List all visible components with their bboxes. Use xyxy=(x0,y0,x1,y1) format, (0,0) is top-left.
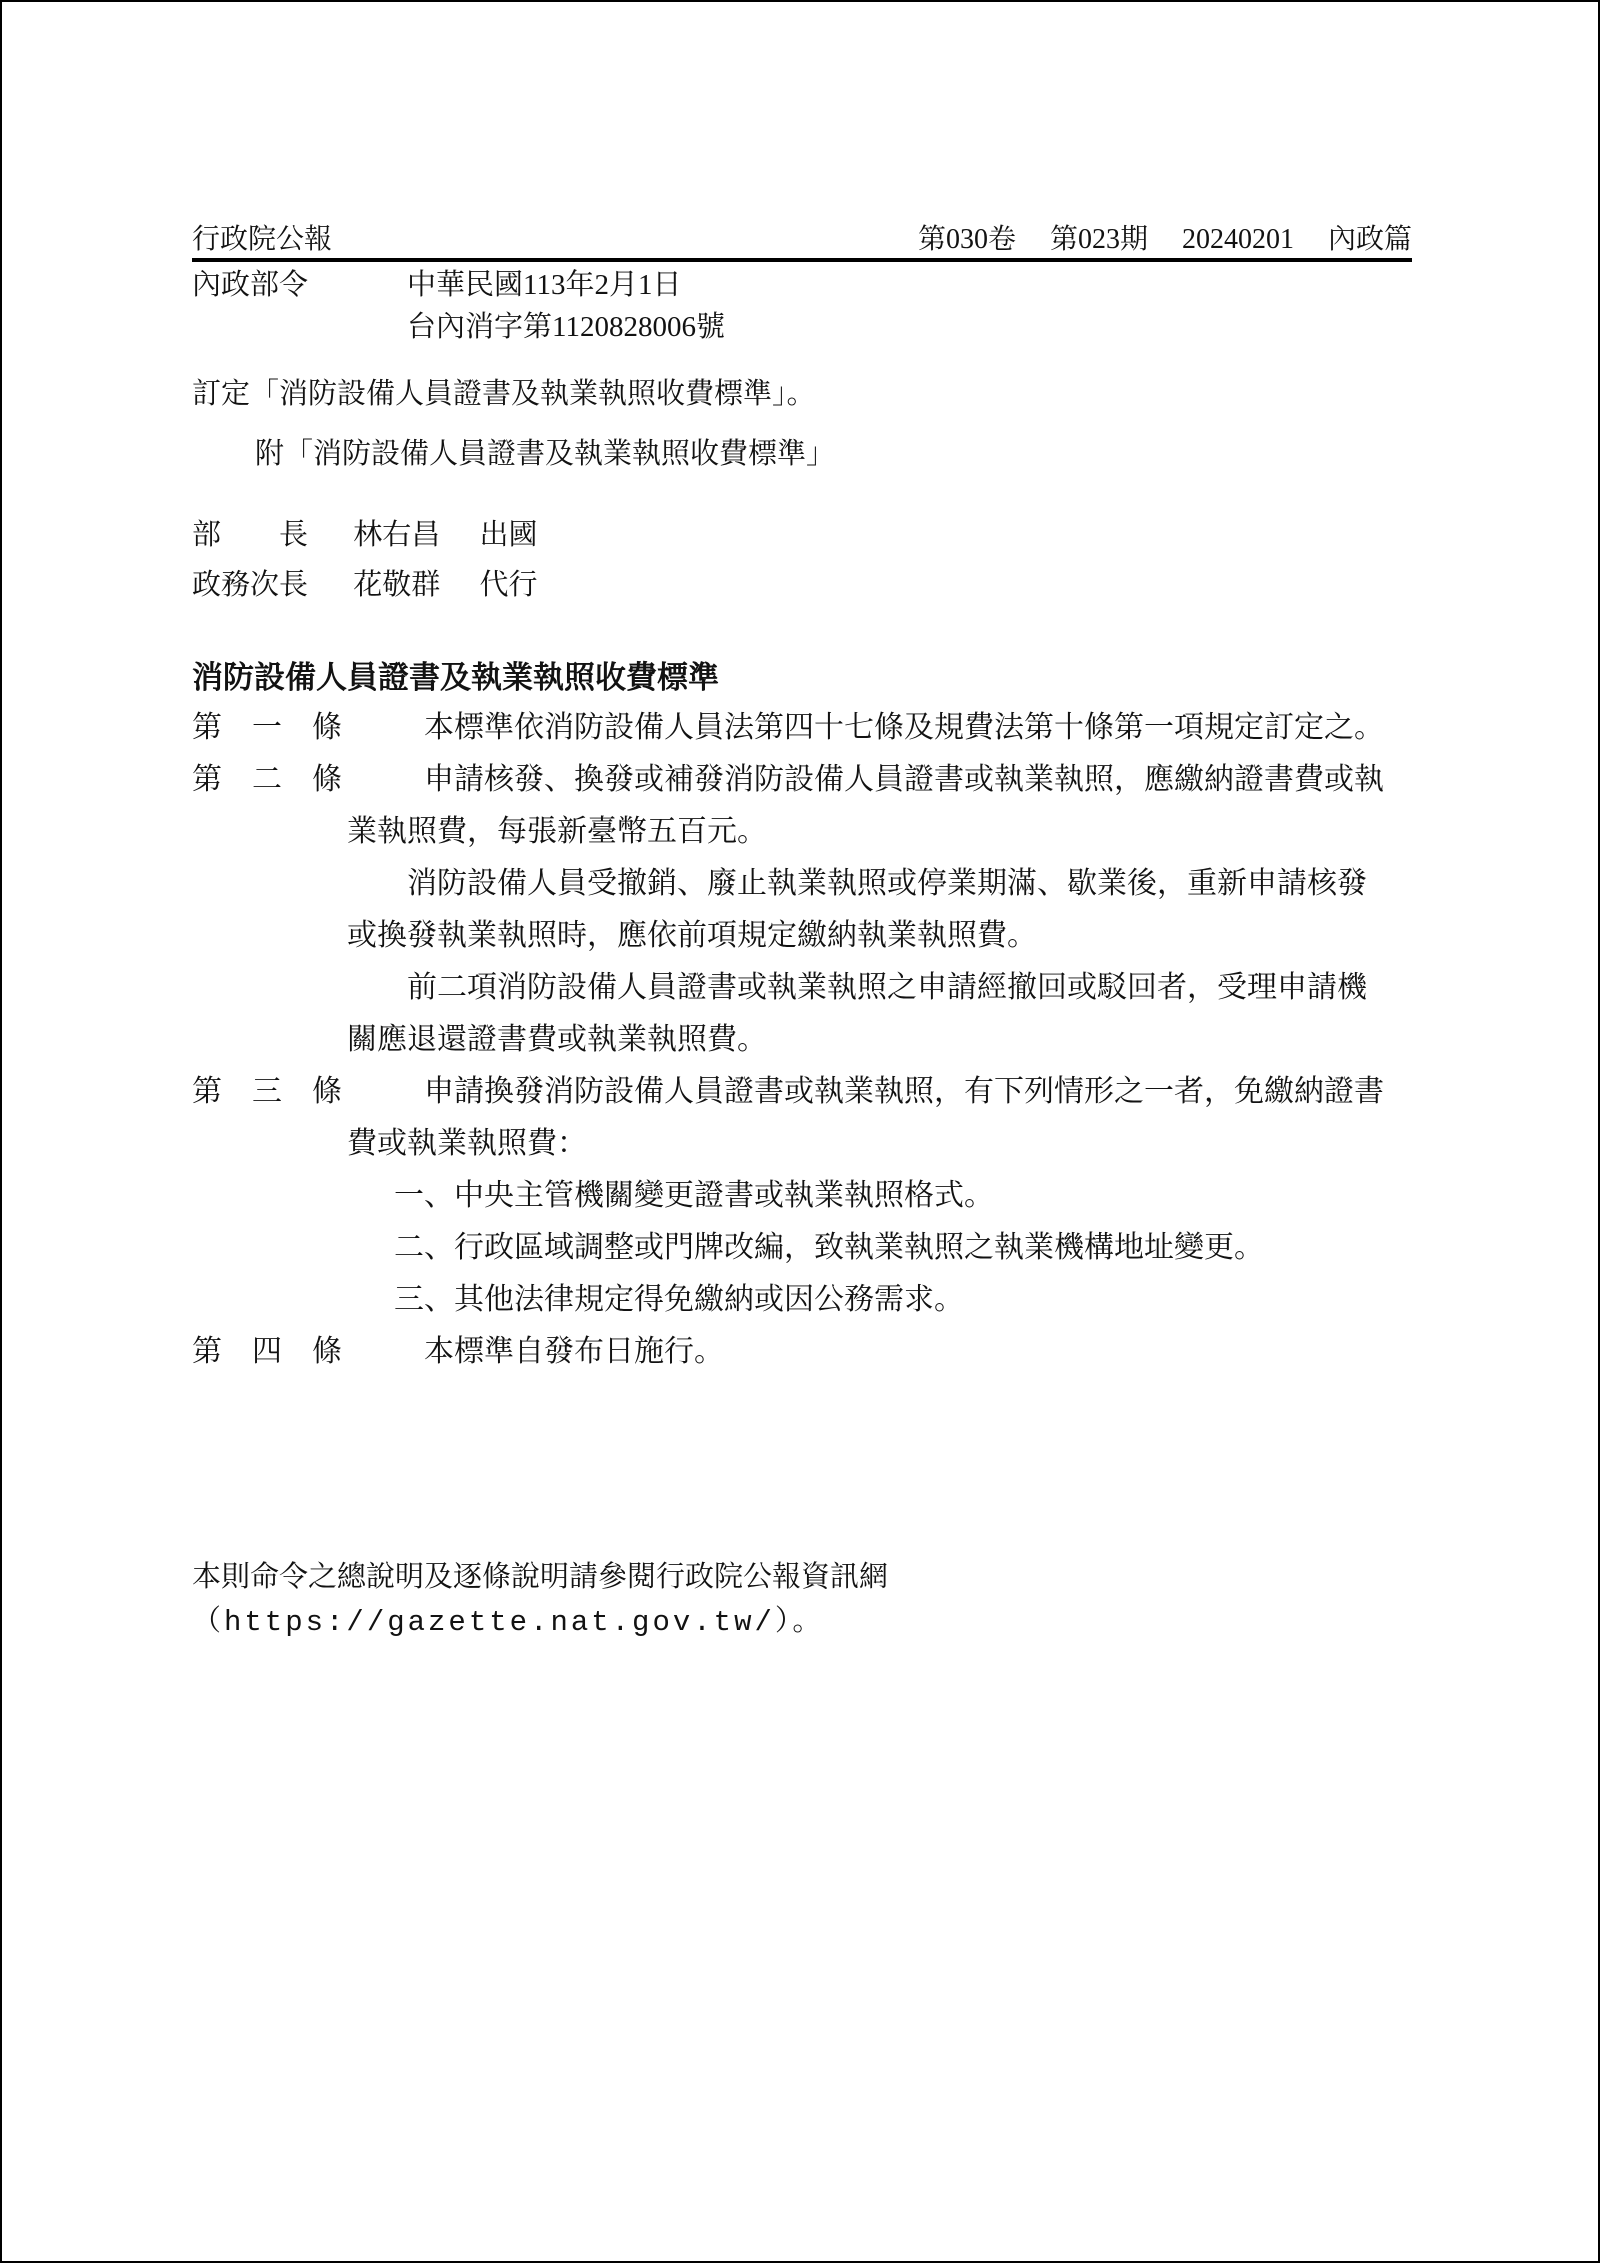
article-line: 消防設備人員受撤銷、廢止執業執照或停業期滿、歇業後，重新申請核發 xyxy=(192,858,1452,910)
article-line: 第 一 條本標準依消防設備人員法第四十七條及規費法第十條第一項規定訂定之。 xyxy=(192,702,1452,754)
header-rule xyxy=(192,258,1412,262)
signer-note: 出國 xyxy=(480,519,538,551)
footer-line-1: 本則命令之總說明及逐條說明請參閱行政院公報資訊網 xyxy=(192,1554,1492,1600)
header-date: 20240201 xyxy=(1182,224,1294,256)
article-text: 申請核發、換發或補發消防設備人員證書或執業執照，應繳納證書費或執 xyxy=(424,763,1384,796)
decree-agency: 內政部令 xyxy=(192,264,308,306)
signer-name: 林右昌 xyxy=(353,519,440,551)
signatories: 部 長 林右昌 出國 政務次長 花敬群 代行 xyxy=(192,510,1412,610)
article-text: 本標準依消防設備人員法第四十七條及規費法第十條第一項規定訂定之。 xyxy=(424,711,1384,744)
signer-note: 代行 xyxy=(480,569,538,601)
decree-heading: 內政部令 中華民國113年2月1日 台內消字第1120828006號 xyxy=(192,264,1412,348)
decree-date-line: 中華民國113年2月1日 xyxy=(407,264,725,306)
article-line: 費或執業執照費： xyxy=(192,1118,1452,1170)
article-number: 第 四 條 xyxy=(192,1335,342,1368)
decree-ref-line: 台內消字第1120828006號 xyxy=(407,306,725,348)
article-number: 第 二 條 xyxy=(192,763,342,796)
journal-title: 行政院公報 xyxy=(192,224,332,256)
signer-name: 花敬群 xyxy=(353,569,440,601)
page-header: 行政院公報 第030卷 第023期 20240201 內政篇 xyxy=(192,224,1412,256)
article-text: 或換發執業執照時，應依前項規定繳納執業執照費。 xyxy=(347,919,1037,952)
signer-row: 部 長 林右昌 出國 xyxy=(192,510,1412,560)
article-text: 二、行政區域調整或門牌改編，致執業執照之執業機構地址變更。 xyxy=(394,1231,1264,1264)
decree-dates: 中華民國113年2月1日 台內消字第1120828006號 xyxy=(407,264,725,348)
subject-line-2: 附「消防設備人員證書及執業執照收費標準」 xyxy=(192,424,1492,484)
articles: 第 一 條本標準依消防設備人員法第四十七條及規費法第十條第一項規定訂定之。 第 … xyxy=(192,702,1452,1378)
article-text: 前二項消防設備人員證書或執業執照之申請經撤回或駁回者，受理申請機 xyxy=(407,971,1367,1004)
article-line: 第 二 條申請核發、換發或補發消防設備人員證書或執業執照，應繳納證書費或執 xyxy=(192,754,1452,806)
list-item: 一、中央主管機關變更證書或執業執照格式。 xyxy=(192,1170,1452,1222)
subject-line-1: 訂定「消防設備人員證書及執業執照收費標準」。 xyxy=(192,364,1492,424)
article-number: 第 一 條 xyxy=(192,711,342,744)
footer-url: （https://gazette.nat.gov.tw/）。 xyxy=(192,1600,1492,1646)
signer-title: 政務次長 xyxy=(192,560,314,610)
article-line: 業執照費，每張新臺幣五百元。 xyxy=(192,806,1452,858)
decree-subject: 訂定「消防設備人員證書及執業執照收費標準」。 附「消防設備人員證書及執業執照收費… xyxy=(192,364,1492,484)
footer-note: 本則命令之總說明及逐條說明請參閱行政院公報資訊網 （https://gazett… xyxy=(192,1554,1492,1646)
list-item: 二、行政區域調整或門牌改編，致執業執照之執業機構地址變更。 xyxy=(192,1222,1452,1274)
signer-title: 部 長 xyxy=(192,510,314,560)
article-text: 三、其他法律規定得免繳納或因公務需求。 xyxy=(394,1283,964,1316)
article-text: 一、中央主管機關變更證書或執業執照格式。 xyxy=(394,1179,994,1212)
article-text: 費或執業執照費： xyxy=(347,1127,587,1160)
article-text: 本標準自發布日施行。 xyxy=(424,1335,724,1368)
header-section: 內政篇 xyxy=(1328,224,1412,256)
header-meta: 第030卷 第023期 20240201 內政篇 xyxy=(918,224,1412,256)
article-line: 第 三 條申請換發消防設備人員證書或執業執照，有下列情形之一者，免繳納證書 xyxy=(192,1066,1452,1118)
article-text: 申請換發消防設備人員證書或執業執照，有下列情形之一者，免繳納證書 xyxy=(424,1075,1384,1108)
article-line: 關應退還證書費或執業執照費。 xyxy=(192,1014,1452,1066)
article-text: 業執照費，每張新臺幣五百元。 xyxy=(347,815,767,848)
article-number: 第 三 條 xyxy=(192,1075,342,1108)
header-issue: 第023期 xyxy=(1050,224,1148,256)
article-text: 消防設備人員受撤銷、廢止執業執照或停業期滿、歇業後，重新申請核發 xyxy=(407,867,1367,900)
article-line: 或換發執業執照時，應依前項規定繳納執業執照費。 xyxy=(192,910,1452,962)
list-item: 三、其他法律規定得免繳納或因公務需求。 xyxy=(192,1274,1452,1326)
article-text: 關應退還證書費或執業執照費。 xyxy=(347,1023,767,1056)
signer-row: 政務次長 花敬群 代行 xyxy=(192,560,1412,610)
header-volume: 第030卷 xyxy=(918,224,1016,256)
article-line: 前二項消防設備人員證書或執業執照之申請經撤回或駁回者，受理申請機 xyxy=(192,962,1452,1014)
gazette-page: 行政院公報 第030卷 第023期 20240201 內政篇 內政部令 中華民國… xyxy=(0,0,1600,2263)
article-line: 第 四 條本標準自發布日施行。 xyxy=(192,1326,1452,1378)
standard-title: 消防設備人員證書及執業執照收費標準 xyxy=(192,650,1412,706)
